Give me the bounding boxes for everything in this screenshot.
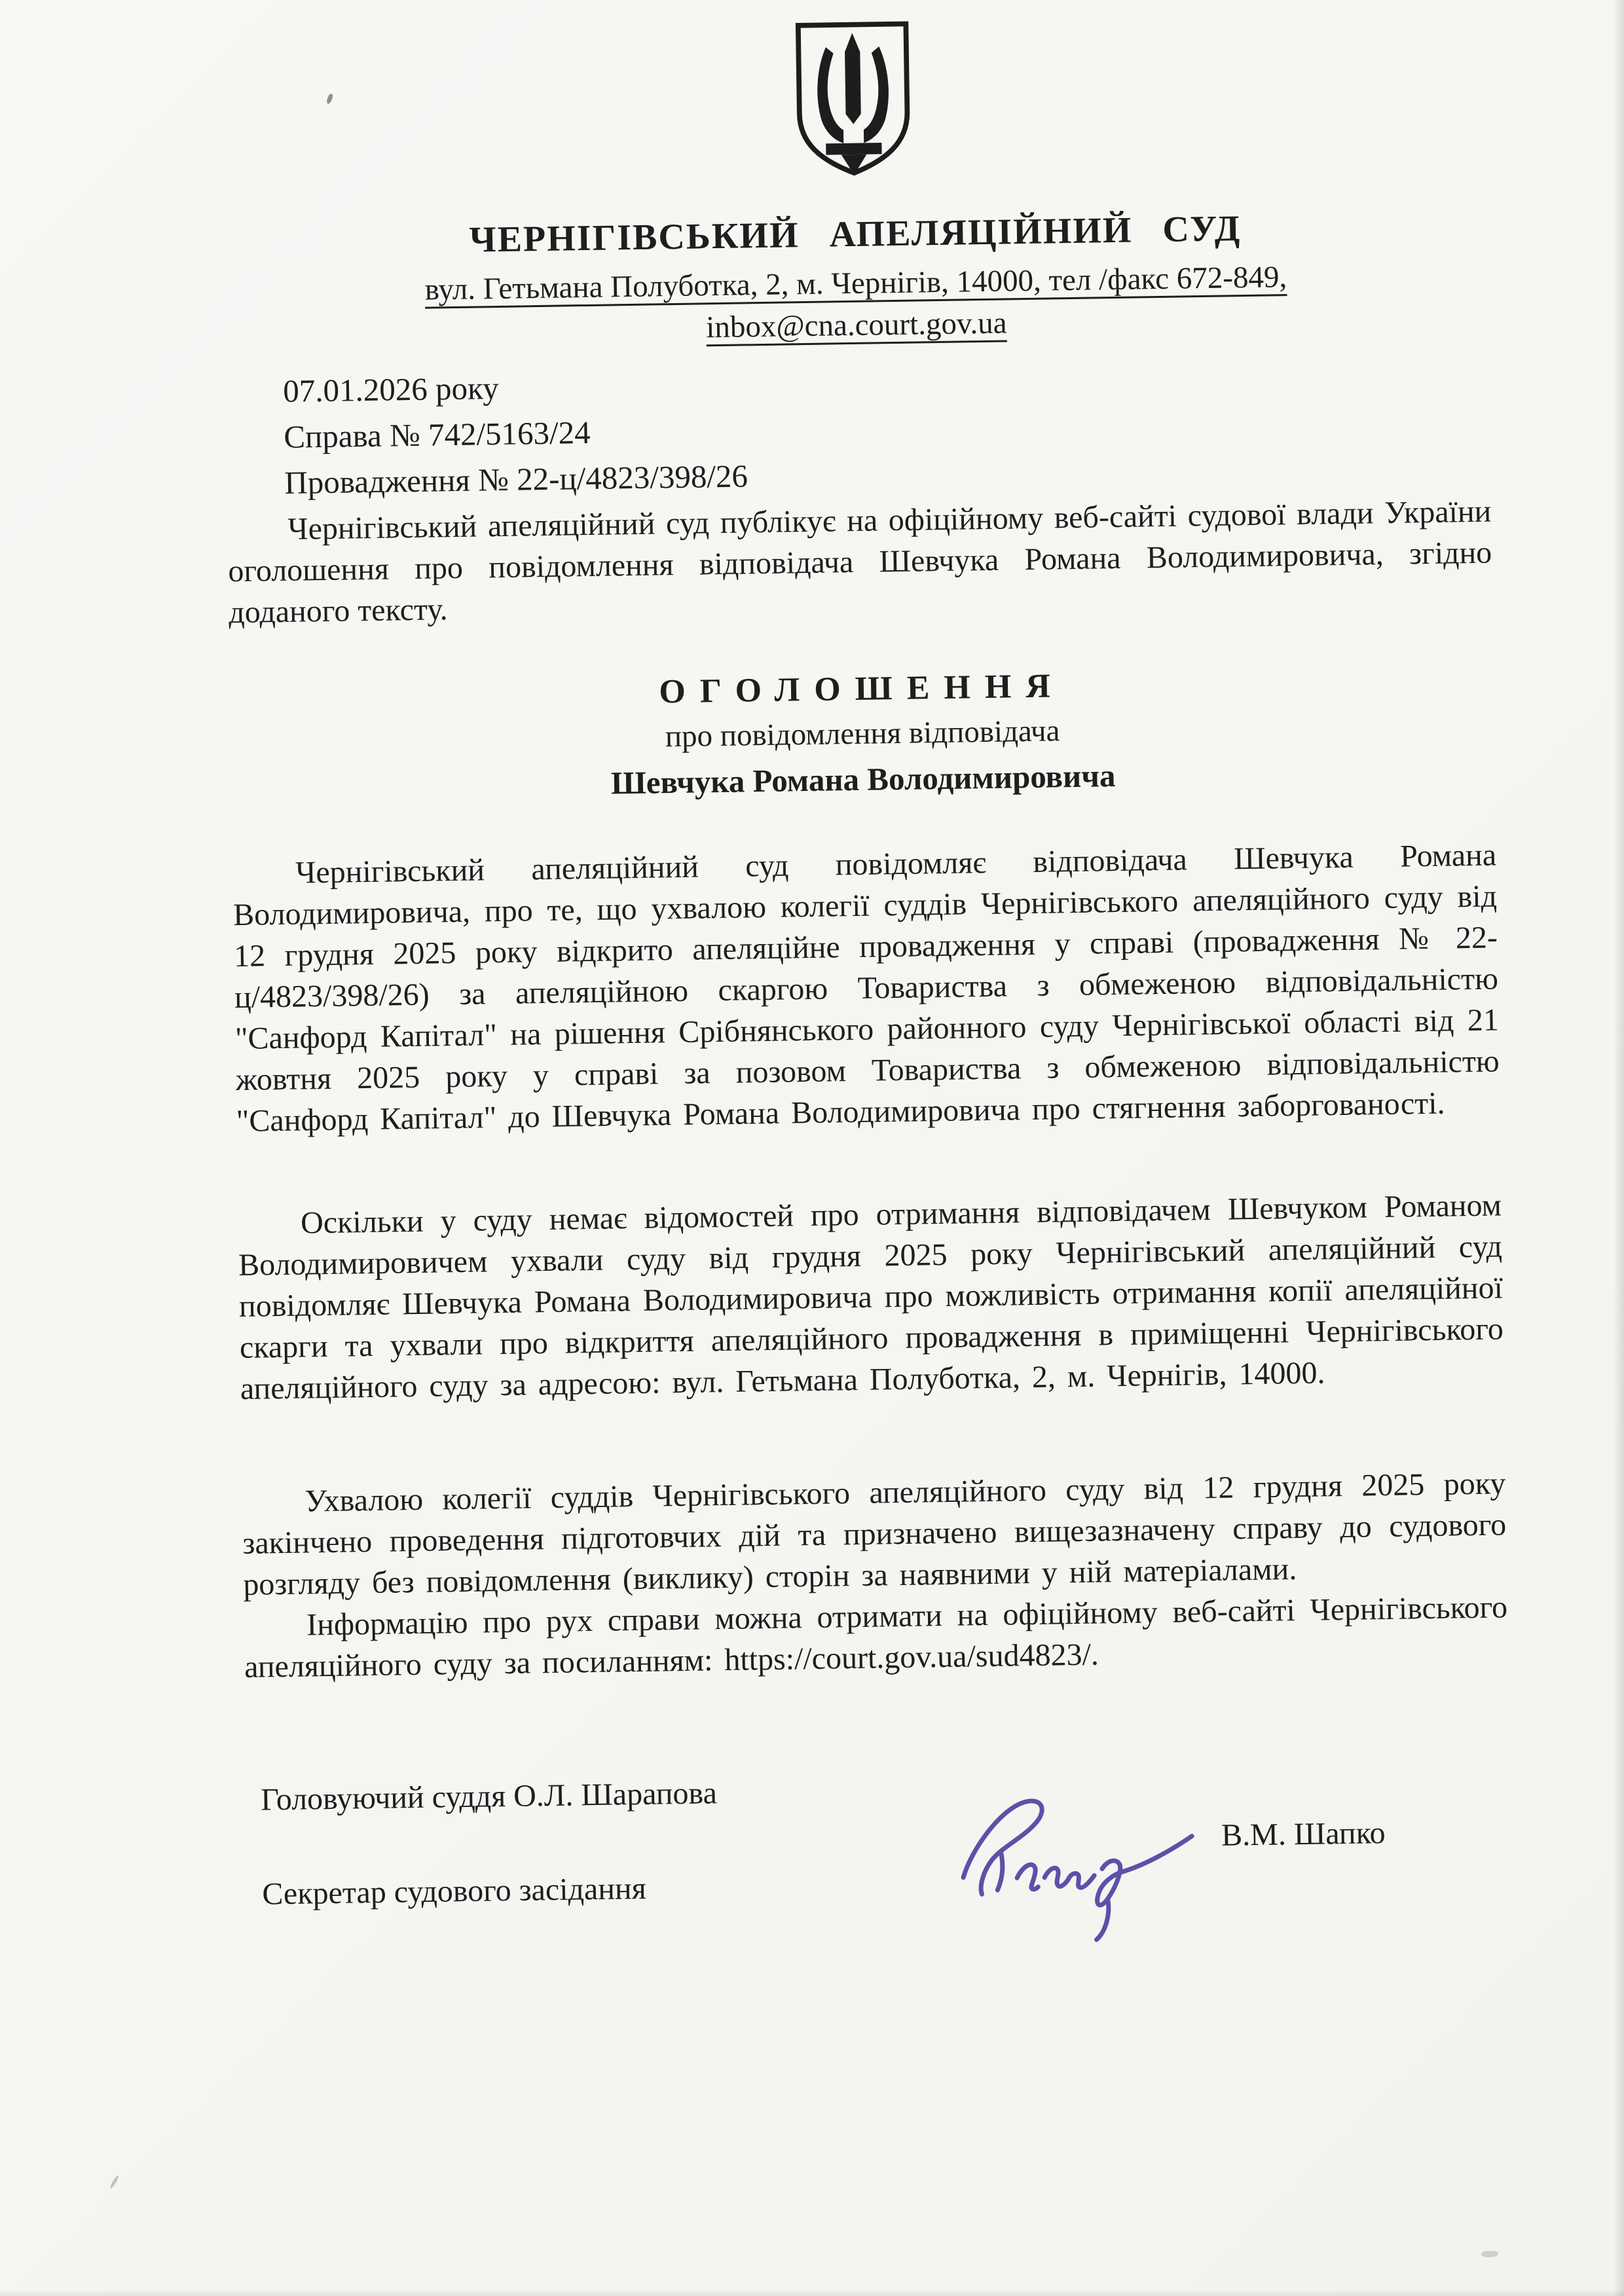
secretary-name: В.М. Шапко xyxy=(1221,1815,1386,1853)
scanned-page: ЧЕРНІГІВСЬКИЙ АПЕЛЯЦІЙНИЙ СУД вул. Гетьм… xyxy=(0,0,1624,2296)
scan-edge-shadow-right xyxy=(1614,0,1624,2296)
scan-fleck xyxy=(1481,2251,1498,2257)
body-paragraph-1: Чернігівський апеляційний суд повідомляє… xyxy=(232,834,1500,1142)
court-name: ЧЕРНІГІВСЬКИЙ АПЕЛЯЦІЙНИЙ СУД xyxy=(223,204,1487,265)
emblem-container xyxy=(220,0,1486,190)
secretary-role-line: Секретар судового засідання xyxy=(262,1870,646,1912)
ukraine-trident-icon xyxy=(788,18,919,178)
intro-paragraph: Чернігівський апеляційний суд публікує н… xyxy=(227,491,1493,634)
announcement-subtitle: про повідомлення відповідача xyxy=(231,706,1495,761)
document-content: ЧЕРНІГІВСЬКИЙ АПЕЛЯЦІЙНИЙ СУД вул. Гетьм… xyxy=(0,0,1624,2069)
presiding-judge-line: Головуючий суддя О.Л. Шарапова xyxy=(261,1775,717,1817)
signature-section: Головуючий суддя О.Л. Шарапова Секретар … xyxy=(246,1740,1514,2066)
secretary-signature-icon xyxy=(937,1776,1202,1969)
scan-fleck xyxy=(109,2175,119,2189)
body-paragraph-2: Оскільки у суду немає відомостей про отр… xyxy=(238,1184,1504,1410)
body-paragraph-3: Ухвалою колегії суддів Чернігівського ап… xyxy=(242,1463,1507,1605)
document-meta: 07.01.2026 року Справа № 742/5163/24 Про… xyxy=(283,351,1491,506)
respondent-name: Шевчука Романа Володимировича xyxy=(231,751,1496,807)
scan-edge-shadow-bottom xyxy=(0,2289,1624,2296)
